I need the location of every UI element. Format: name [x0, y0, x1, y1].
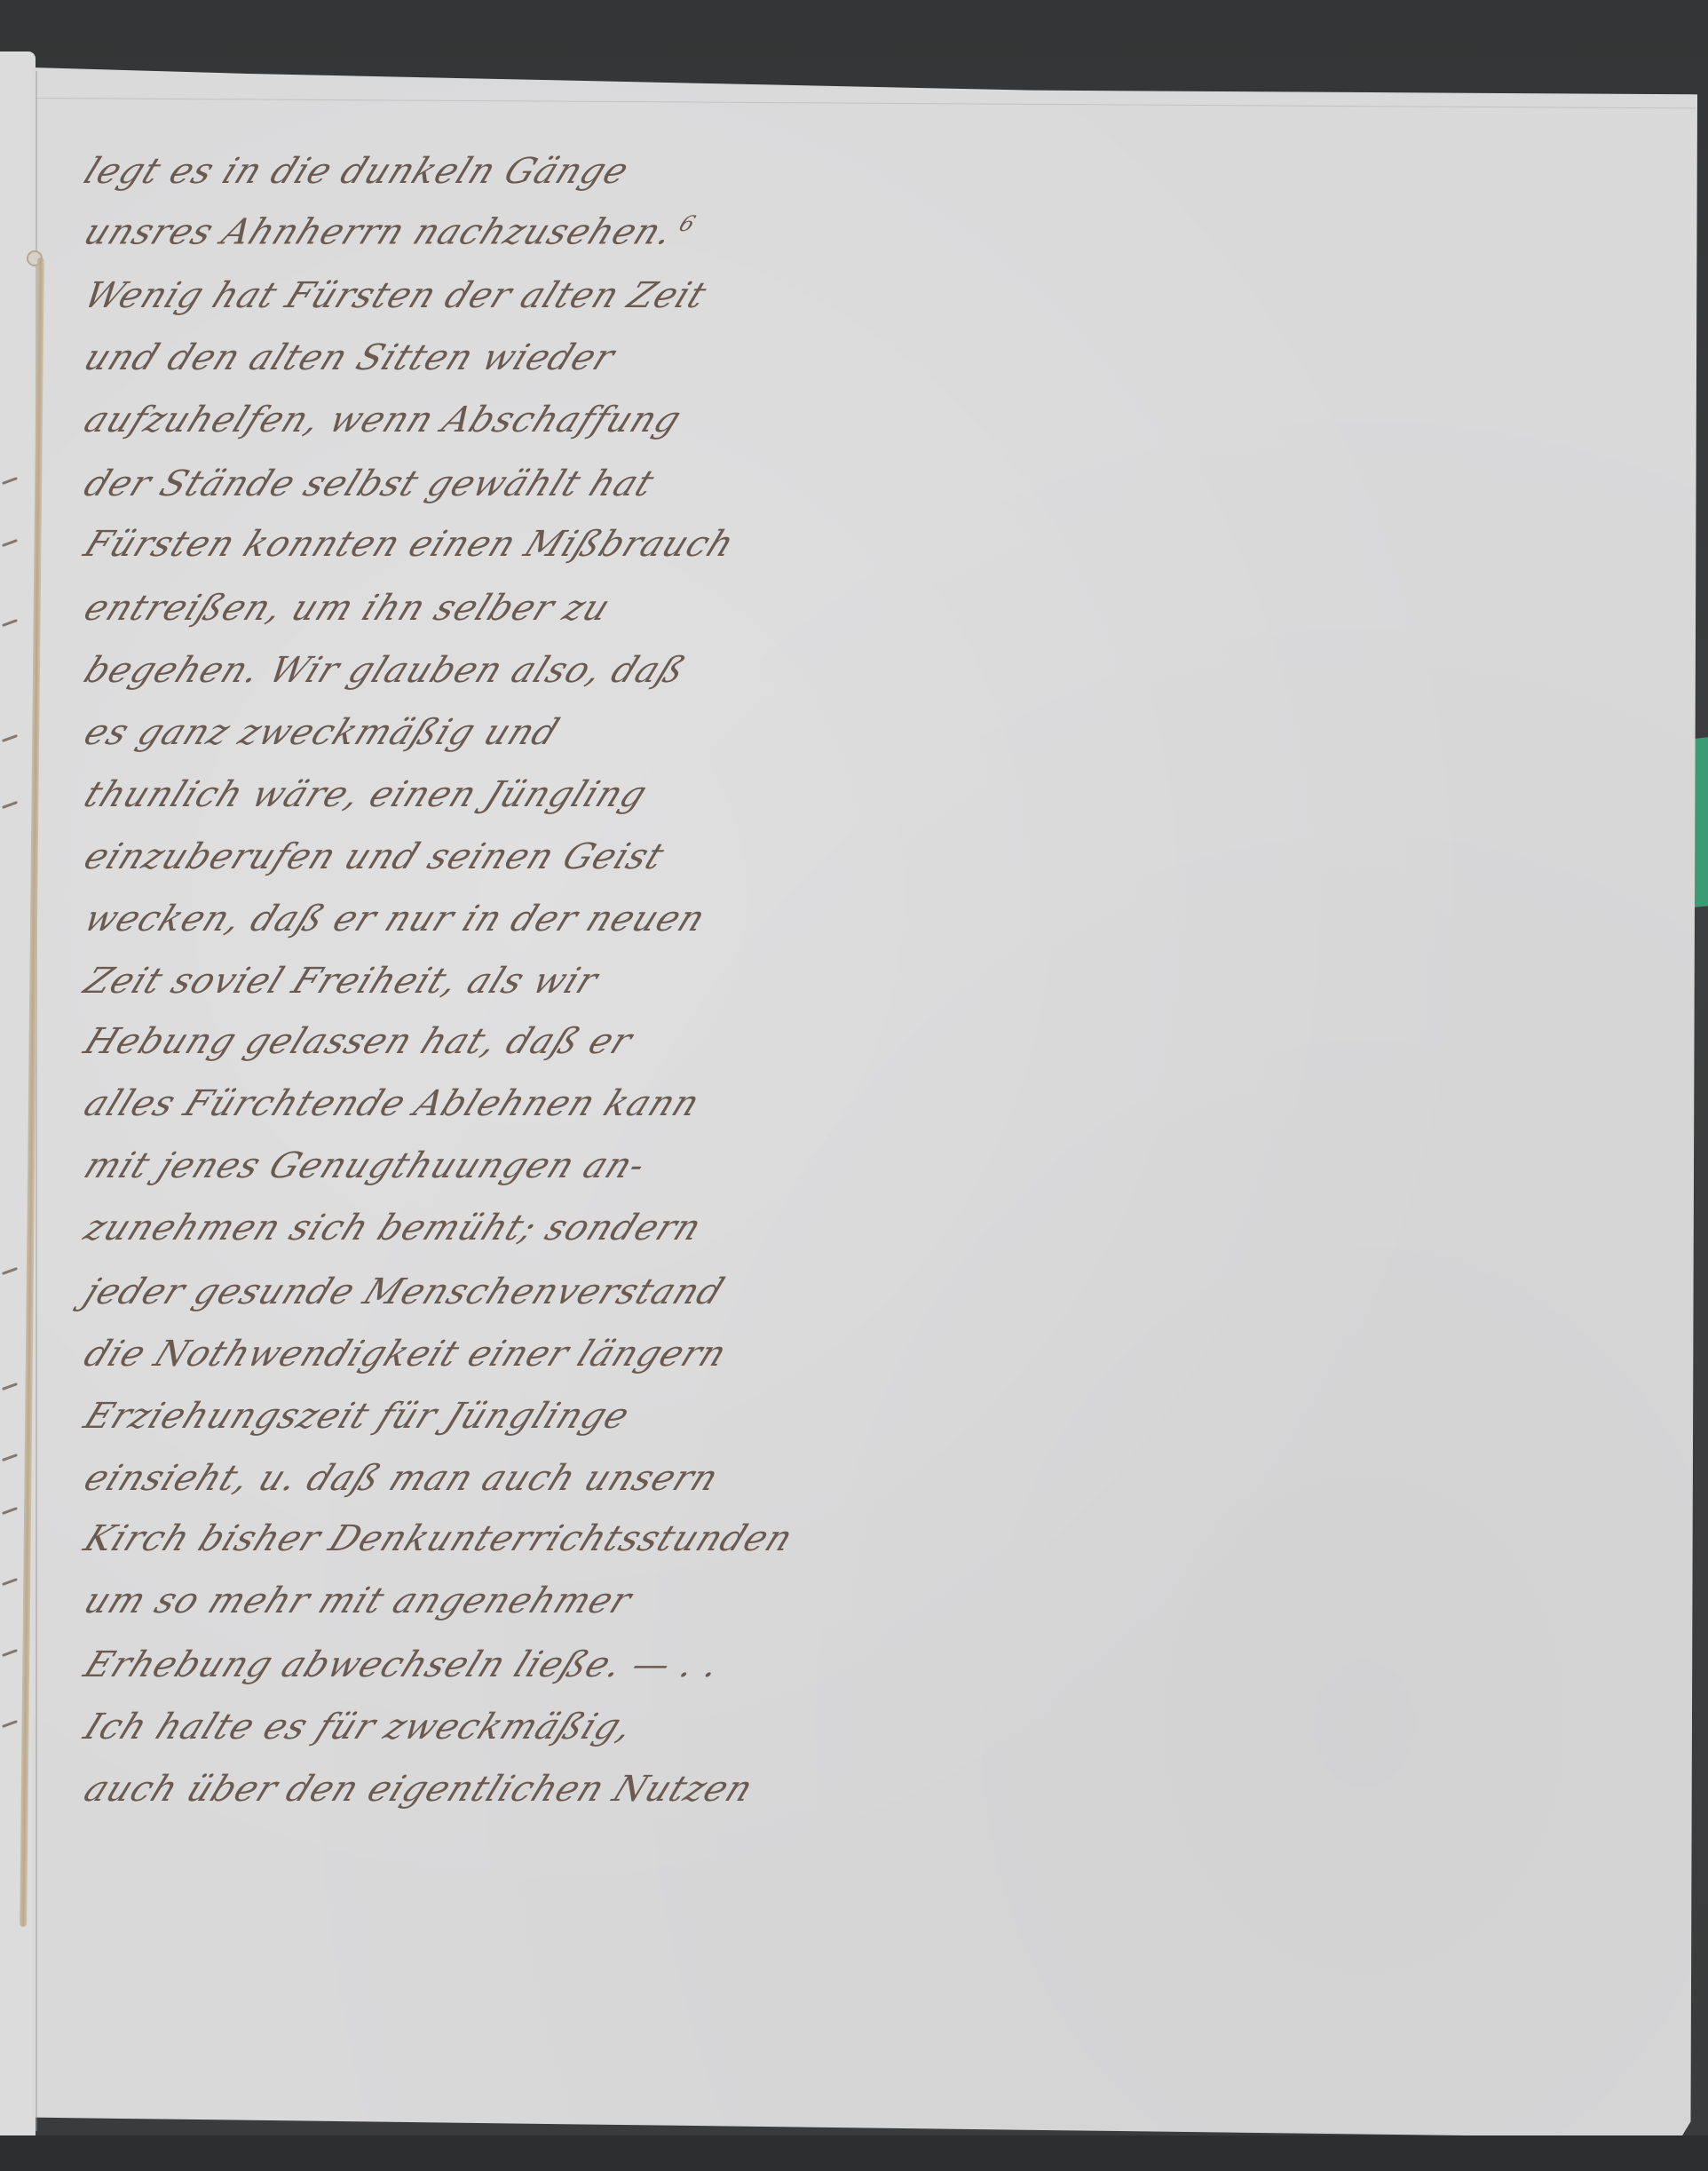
line-text: und den alten Sitten wieder [78, 337, 621, 378]
text-line: Zeit soviel Freiheit, als wir [78, 961, 605, 1002]
text-line: Fürsten konnten einen Mißbrauch [78, 524, 740, 565]
text-line: unsres Ahnherrn nachzusehen.6 [78, 211, 700, 252]
text-line: Erziehungszeit für Jünglinge [78, 1396, 636, 1437]
text-line: alles Fürchtende Ablehnen kann [78, 1083, 706, 1124]
line-text: der Stände selbst gewählt hat [78, 464, 660, 504]
text-line: die Nothwendigkeit einer längern [78, 1334, 733, 1375]
line-text: Kirch bisher Denkunterrichtsstunden [78, 1518, 799, 1559]
line-text: Zeit soviel Freiheit, als wir [78, 961, 605, 1002]
text-line: Ich halte es für zweckmäßig, [78, 1707, 640, 1747]
line-text: es ganz zweckmäßig und [78, 712, 565, 753]
line-text: legt es in die dunkeln Gänge [78, 151, 636, 192]
text-line: thunlich wäre, einen Jüngling [78, 774, 653, 815]
text-line: begehen. Wir glauben also, daß [78, 650, 692, 691]
line-text: auch über den eigentlichen Nutzen [78, 1769, 760, 1810]
text-line: zunehmen sich bemüht; sondern [78, 1208, 708, 1248]
text-line: Hebung gelassen hat, daß er [78, 1021, 639, 1062]
text-line: Erhebung abwechseln ließe. — . . [78, 1644, 727, 1685]
line-text: Hebung gelassen hat, daß er [78, 1021, 639, 1062]
line-text: Ich halte es für zweckmäßig, [78, 1707, 640, 1747]
line-text: Wenig hat Fürsten der alten Zeit [78, 275, 713, 316]
text-line: legt es in die dunkeln Gänge [78, 151, 636, 192]
line-text: mit jenes Genugthuungen an- [78, 1145, 652, 1186]
line-text: einzuberufen und seinen Geist [78, 836, 671, 877]
text-line: und den alten Sitten wieder [78, 337, 621, 378]
text-line: einsieht, u. daß man auch unsern [78, 1458, 725, 1499]
line-text: thunlich wäre, einen Jüngling [78, 774, 653, 815]
text-line: wecken, daß er nur in der neuen [78, 899, 712, 939]
text-line: Kirch bisher Denkunterrichtsstunden [78, 1518, 799, 1559]
line-text: Fürsten konnten einen Mißbrauch [78, 524, 740, 565]
line-text: Erhebung abwechseln ließe. — . . [78, 1644, 727, 1685]
text-line: um so mehr mit angenehmer [78, 1581, 638, 1621]
text-line: mit jenes Genugthuungen an- [78, 1145, 652, 1186]
text-line: es ganz zweckmäßig und [78, 712, 565, 753]
line-text: alles Fürchtende Ablehnen kann [78, 1083, 706, 1124]
text-line: der Stände selbst gewählt hat [78, 464, 660, 504]
line-text: einsieht, u. daß man auch unsern [78, 1458, 725, 1499]
scanner-bottom-edge [0, 2135, 1708, 2171]
line-text: entreißen, um ihn selber zu [78, 588, 617, 629]
text-line: Wenig hat Fürsten der alten Zeit [78, 275, 713, 316]
text-line: auch über den eigentlichen Nutzen [78, 1769, 760, 1810]
line-text: Erziehungszeit für Jünglinge [78, 1396, 636, 1437]
line-text: begehen. Wir glauben also, daß [78, 650, 692, 691]
line-text: die Nothwendigkeit einer längern [78, 1334, 733, 1375]
line-text: aufzuhelfen, wenn Abschaffung [78, 400, 688, 440]
line-text: unsres Ahnherrn nachzusehen. [78, 211, 680, 252]
text-line: entreißen, um ihn selber zu [78, 588, 617, 629]
line-text: um so mehr mit angenehmer [78, 1581, 638, 1621]
line-text: wecken, daß er nur in der neuen [78, 899, 712, 939]
text-line: aufzuhelfen, wenn Abschaffung [78, 400, 688, 440]
text-line: jeder gesunde Menschenverstand [78, 1272, 731, 1312]
text-line: einzuberufen und seinen Geist [78, 836, 671, 877]
line-text: zunehmen sich bemüht; sondern [78, 1208, 708, 1248]
line-text: jeder gesunde Menschenverstand [78, 1272, 731, 1312]
